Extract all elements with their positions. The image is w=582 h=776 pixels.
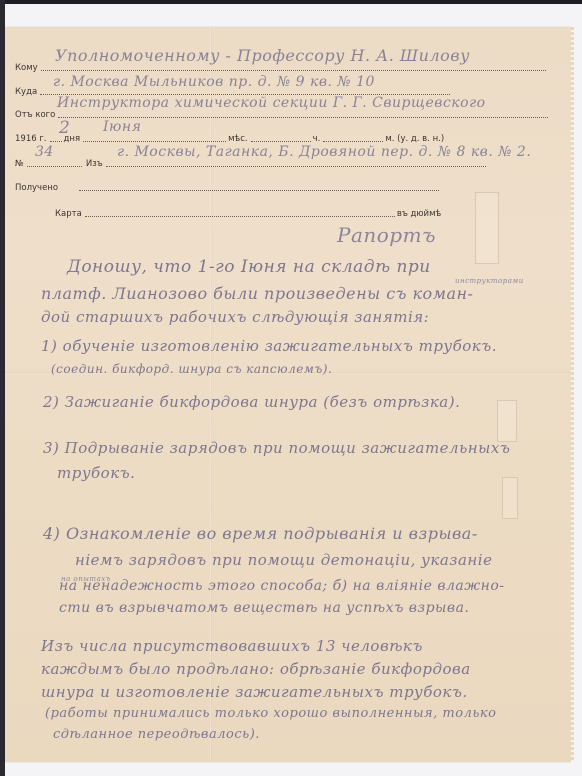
report-line: 4) Ознакомленіе во время подрыванія и вз… [43,524,478,543]
scan-top-edge [0,0,582,4]
report-line: каждымъ было продѣлано: обрѣзаніе бикфор… [41,660,471,678]
where-label: Куда [15,87,40,97]
report-line: 3) Подрываніе зарядовъ при помощи зажига… [43,439,510,457]
report-line: сдѣланное переодѣвалось). [53,727,260,742]
day-value: 2 [59,118,70,138]
report-line: Изъ числа присутствовавшихъ 13 человѣкъ [41,637,423,655]
to-value: Уполномоченному - Профессору Н. А. Шилов… [55,46,470,65]
inch-label: въ дюймѣ [395,209,444,219]
form-row-map: Карта въ дюймѣ [55,209,444,219]
watermark-mark [497,400,517,442]
month-label: мѣс. [226,134,251,144]
report-line: Доношу, что 1-го Іюня на складѣ при [67,257,431,277]
from-value: Инструктора химической секции Г. Г. Свир… [57,95,486,111]
form-row-date: 1916 г. дня мѣс. ч. м. (у. д. в. н.) [15,134,447,144]
report-line: сти въ взрывчатомъ веществѣ на успѣхъ вз… [59,600,469,616]
report-line: 1) обученіе изготовленію зажигательныхъ … [41,337,497,355]
minute-label: м. (у. д. в. н.) [383,134,447,144]
year-label: 1916 г. [15,134,50,144]
from-place-value: г. Москвы, Таганка, Б. Дровяной пер. д. … [117,144,531,160]
report-line: платф. Лианозово были произведены съ ком… [41,284,473,303]
watermark-mark [475,192,499,264]
number-label: № [15,159,27,169]
number-value: 34 [35,144,54,160]
from-place-label: Изъ [82,159,106,169]
month-value: Іюня [103,119,141,135]
report-line: (работы принимались только хорошо выполн… [45,706,497,721]
document-sheet: Кому Уполномоченному - Профессору Н. А. … [5,27,571,762]
report-line: 2) Зажиганіе бикфордова шнура (безъ отрѣ… [43,393,460,411]
map-label: Карта [55,209,85,219]
report-line: на ненадежность этого способа; б) на влі… [59,578,505,594]
watermark-mark [502,477,518,519]
report-line: (соедин. бикфорд. шнура съ капсюлемъ). [51,362,332,376]
report-line: шнура и изготовленіе зажигательныхъ труб… [41,683,468,701]
report-line: трубокъ. [57,464,135,482]
form-row-from: Отъ кого [15,110,548,120]
received-label: Получено [15,183,61,193]
where-value: г. Москва Мыльников пр. д. № 9 кв. № 10 [53,74,375,90]
to-label: Кому [15,63,41,73]
report-title: Рапортъ [337,223,436,247]
report-line: дой старшихъ рабочихъ слѣдующія занятія: [41,308,429,326]
form-row-received: Получено [15,183,439,193]
hour-label: ч. [311,134,324,144]
report-line: ніемъ зарядовъ при помощи детонаціи, ука… [75,551,492,569]
from-label: Отъ кого [15,110,58,120]
form-row-number: № Изъ [15,159,486,169]
